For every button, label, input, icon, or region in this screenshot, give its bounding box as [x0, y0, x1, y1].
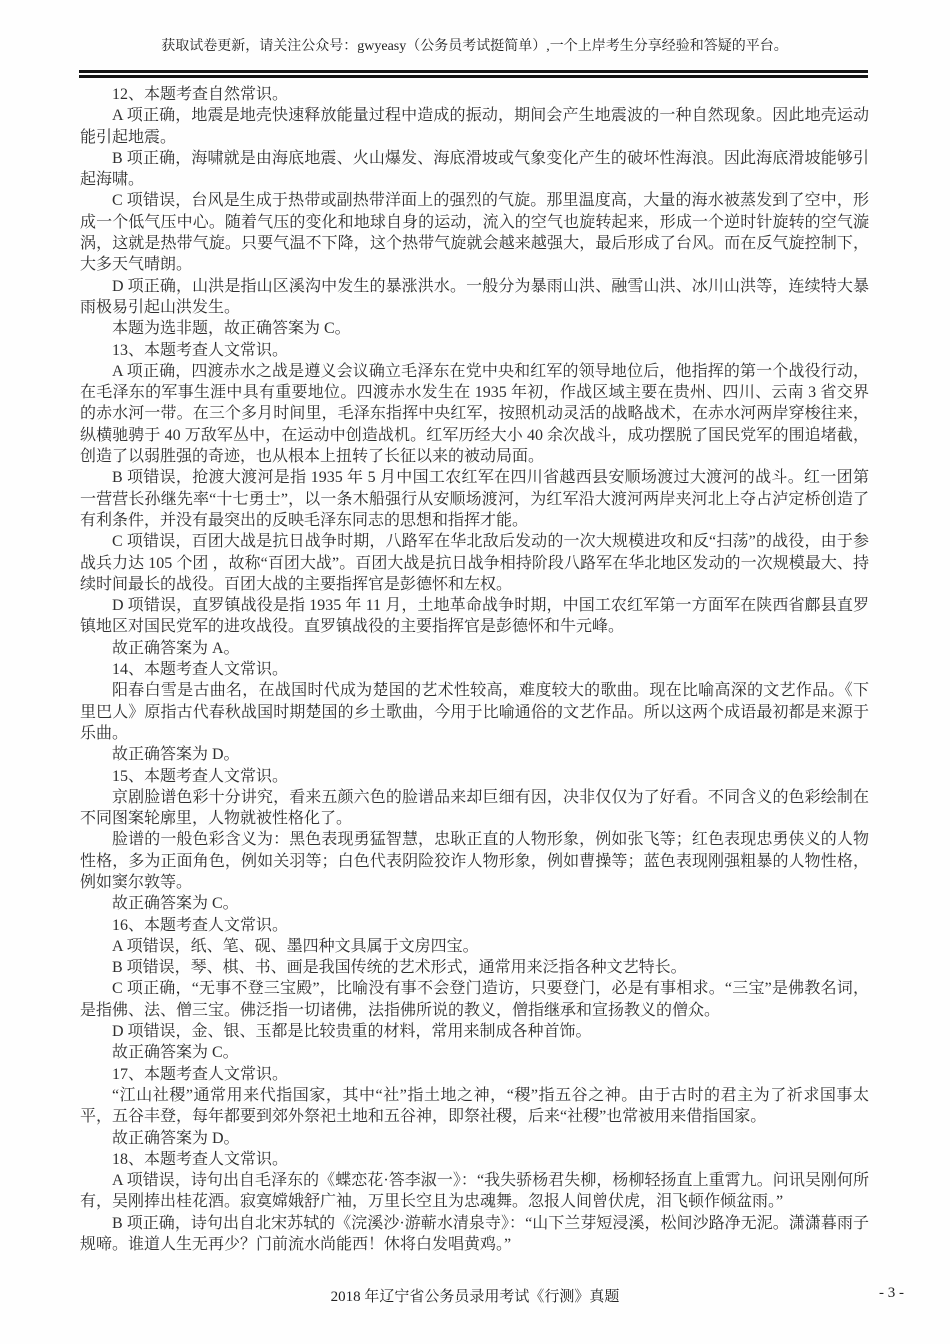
- paragraph: 故正确答案为 A。: [80, 638, 869, 659]
- paragraph: C 项错误，百团大战是抗日战争时期，八路军在华北敌后发动的一次大规模进攻和反“扫…: [80, 531, 869, 595]
- paragraph: 故正确答案为 C。: [80, 893, 869, 914]
- header-notice: 获取试卷更新，请关注公众号：gwyeasy（公务员考试挺简单）,一个上岸考生分享…: [80, 38, 869, 56]
- paragraph: 京剧脸谱色彩十分讲究，看来五颜六色的脸谱品来却巨细有因，决非仅仅为了好看。不同含…: [80, 787, 869, 830]
- paragraph: A 项正确，四渡赤水之战是遵义会议确立毛泽东在党中央和红军的领导地位后，他指挥的…: [80, 361, 869, 467]
- paragraph: D 项错误，直罗镇战役是指 1935 年 11 月，土地革命战争时期，中国工农红…: [80, 595, 869, 638]
- paragraph: 故正确答案为 D。: [80, 744, 869, 765]
- paragraph: A 项正确，地震是地壳快速释放能量过程中造成的振动，期间会产生地震波的一种自然现…: [80, 105, 869, 148]
- header-divider-rule: [79, 70, 868, 78]
- paragraph: B 项错误，琴、棋、书、画是我国传统的艺术形式，通常用来泛指各种文艺特长。: [80, 957, 869, 978]
- divider-line-bottom: [79, 75, 868, 78]
- paragraph: C 项正确，“无事不登三宝殿”，比喻没有事不会登门造访，只要登门，必是有事相求。…: [80, 978, 869, 1021]
- footer-page-number: - 3 -: [879, 1285, 904, 1302]
- paragraph: “江山社稷”通常用来代指国家，其中“社”指土地之神，“稷”指五谷之神。由于古时的…: [80, 1085, 869, 1128]
- paragraph: D 项正确，山洪是指山区溪沟中发生的暴涨洪水。一般分为暴雨山洪、融雪山洪、冰川山…: [80, 276, 869, 319]
- paragraph: D 项错误，金、银、玉都是比较贵重的材料，常用来制成各种首饰。: [80, 1021, 869, 1042]
- paragraph: A 项错误，纸、笔、砚、墨四种文具属于文房四宝。: [80, 936, 869, 957]
- paragraph: B 项错误，抢渡大渡河是指 1935 年 5 月中国工农红军在四川省越西县安顺场…: [80, 467, 869, 531]
- paragraph: 14、本题考查人文常识。: [80, 659, 869, 680]
- paragraph: 阳春白雪是古曲名，在战国时代成为楚国的艺术性较高，难度较大的歌曲。现在比喻高深的…: [80, 680, 869, 744]
- paragraph: 18、本题考查人文常识。: [80, 1149, 869, 1170]
- paragraph: 本题为选非题，故正确答案为 C。: [80, 318, 869, 339]
- paragraph: 13、本题考查人文常识。: [80, 340, 869, 361]
- paragraph: 12、本题考查自然常识。: [80, 84, 869, 105]
- paragraph: 16、本题考查人文常识。: [80, 915, 869, 936]
- paragraph: 17、本题考查人文常识。: [80, 1064, 869, 1085]
- document-body: 12、本题考查自然常识。 A 项正确，地震是地壳快速释放能量过程中造成的振动，期…: [80, 84, 869, 1255]
- paragraph: B 项正确，海啸就是由海底地震、火山爆发、海底滑坡或气象变化产生的破坏性海浪。因…: [80, 148, 869, 191]
- divider-line-top: [79, 70, 868, 73]
- paragraph: C 项错误，台风是生成于热带或副热带洋面上的强烈的气旋。那里温度高，大量的海水被…: [80, 190, 869, 275]
- paragraph: 故正确答案为 D。: [80, 1128, 869, 1149]
- paragraph: B 项正确，诗句出自北宋苏轼的《浣溪沙·游蕲水清泉寺》：“山下兰芽短浸溪，松间沙…: [80, 1213, 869, 1256]
- footer-exam-title: 2018 年辽宁省公务员录用考试《行测》真题: [0, 1285, 950, 1306]
- paragraph: 脸谱的一般色彩含义为：黑色表现勇猛智慧，忠耿正直的人物形象，例如张飞等；红色表现…: [80, 829, 869, 893]
- paragraph: 15、本题考查人文常识。: [80, 766, 869, 787]
- paragraph: 故正确答案为 C。: [80, 1042, 869, 1063]
- document-page: 获取试卷更新，请关注公众号：gwyeasy（公务员考试挺简单）,一个上岸考生分享…: [0, 0, 950, 1344]
- paragraph: A 项错误，诗句出自毛泽东的《蝶恋花·答李淑一》：“我失骄杨君失柳，杨柳轻扬直上…: [80, 1170, 869, 1213]
